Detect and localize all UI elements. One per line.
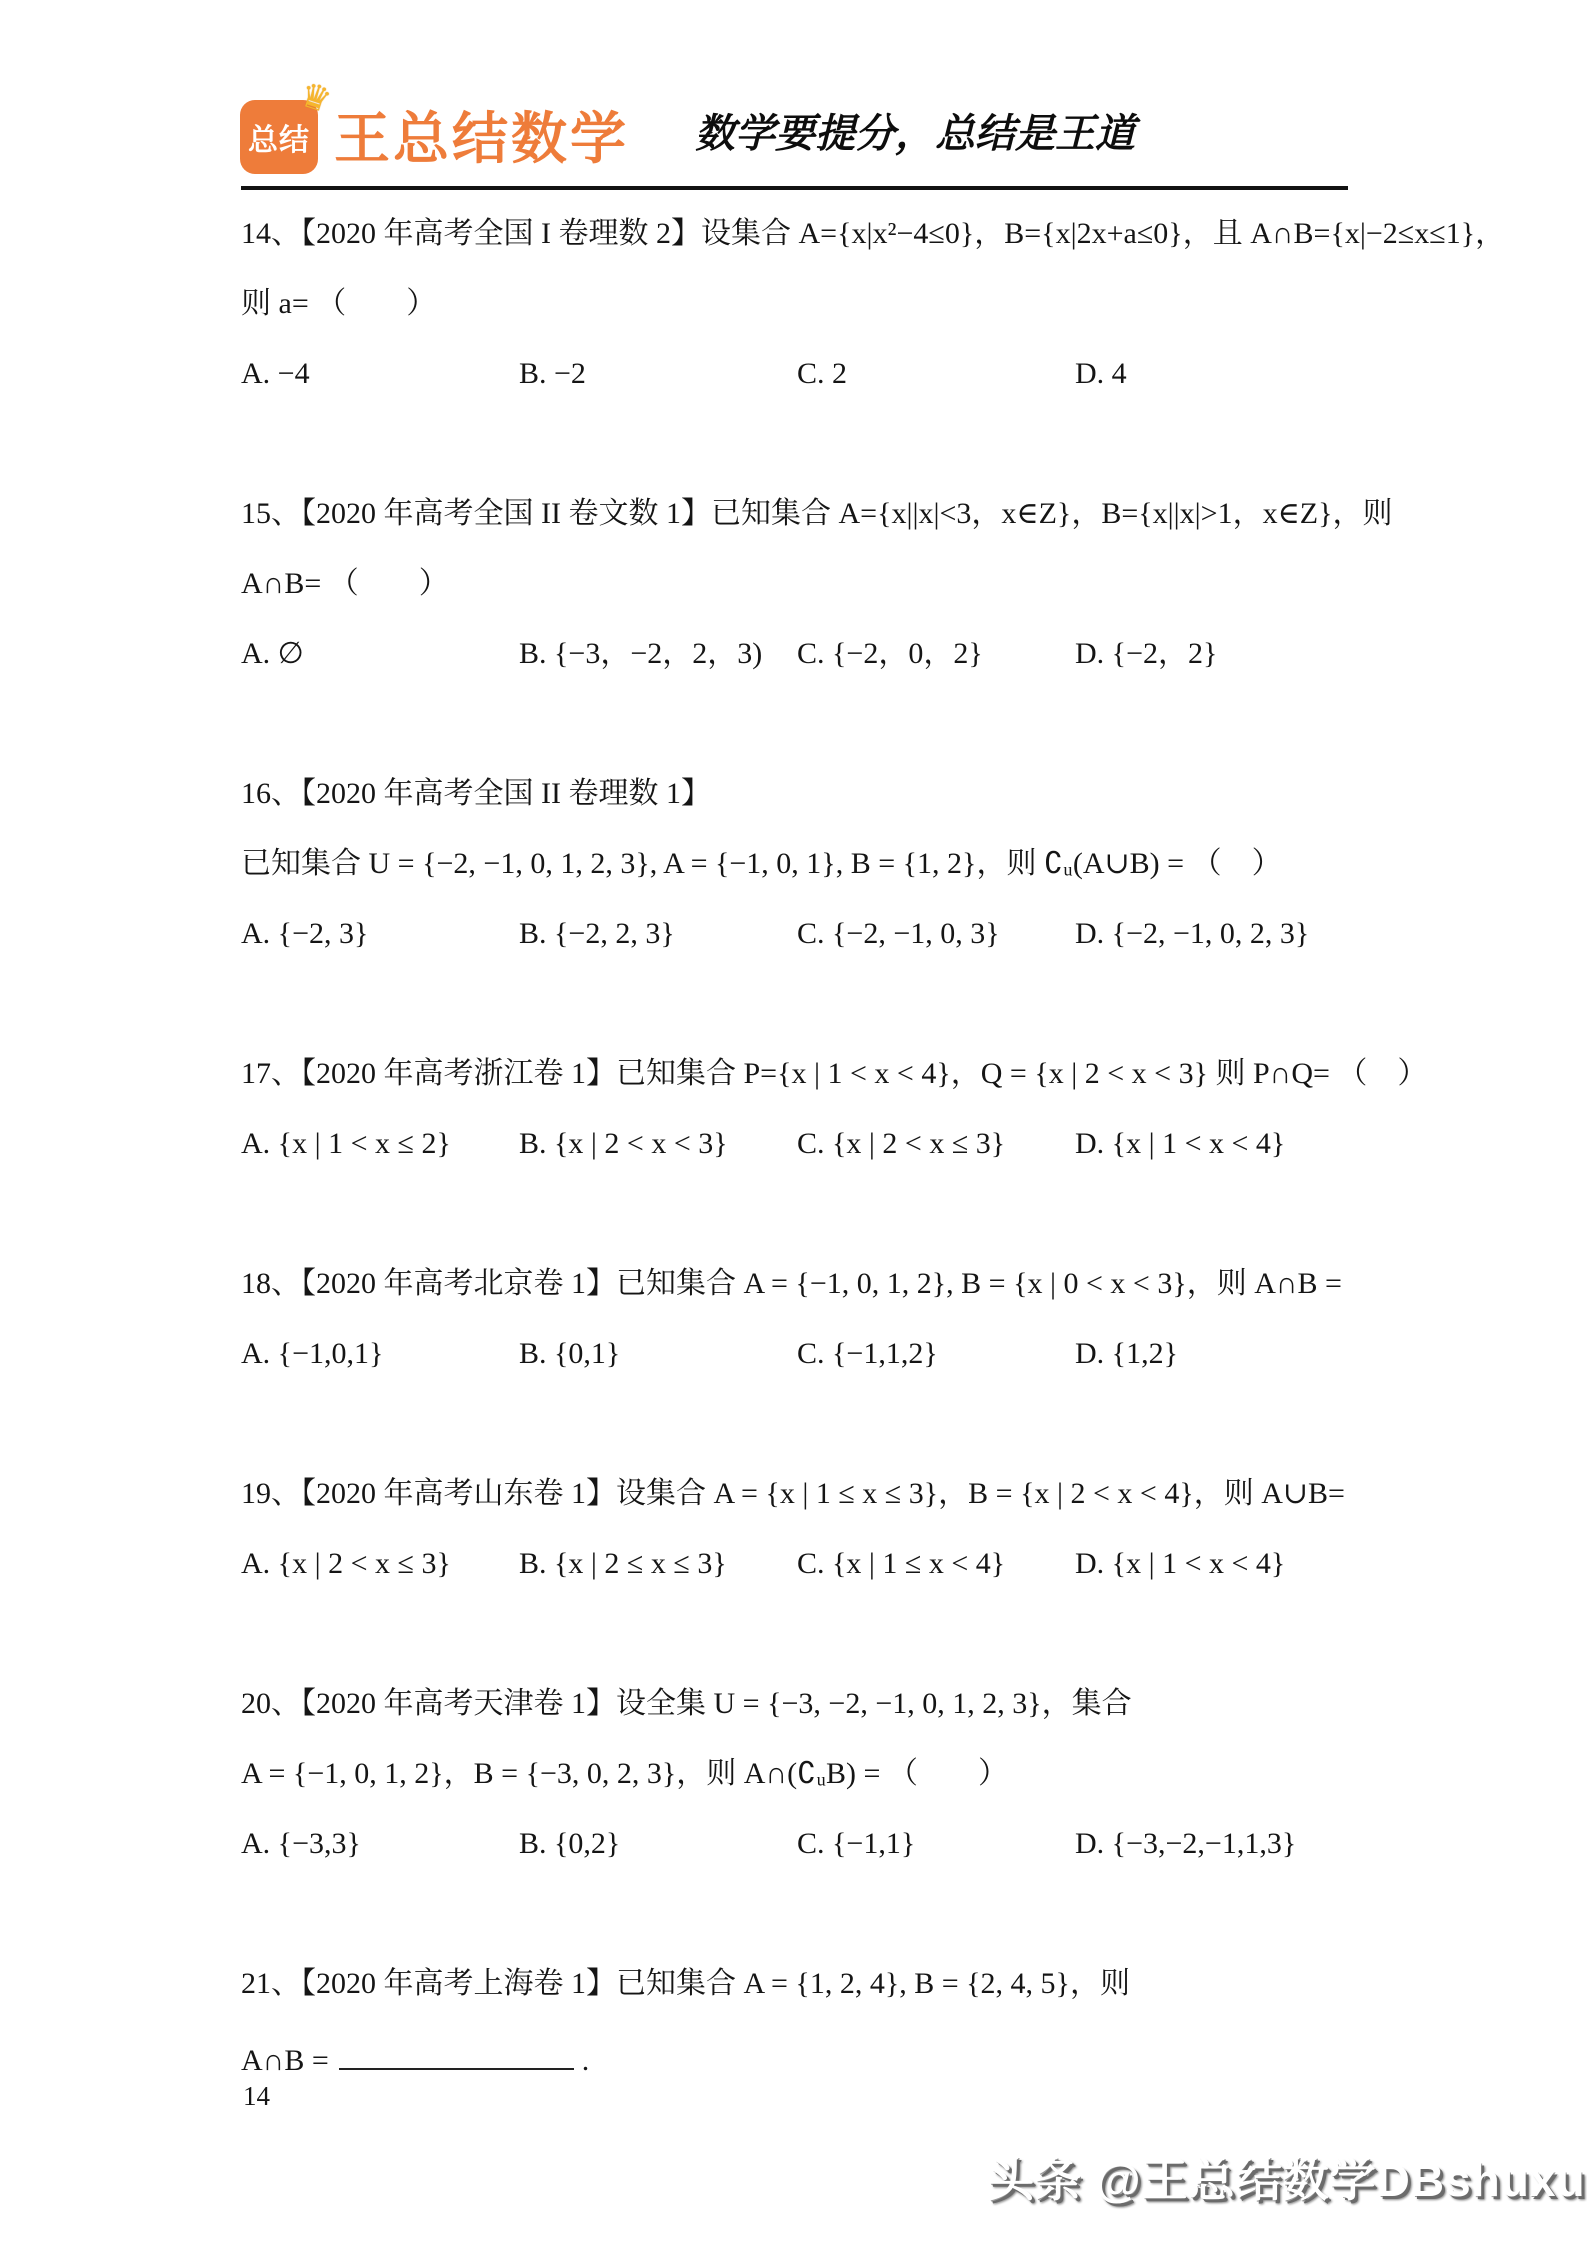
crown-icon: ♛ xyxy=(295,78,334,120)
option-a: A. ∅ xyxy=(241,634,519,674)
option-a: A. {x | 1 < x ≤ 2} xyxy=(241,1124,519,1164)
question-14: 14、【2020 年高考全国 I 卷理数 2】设集合 A={x|x²−4≤0}，… xyxy=(241,214,1353,394)
question-17: 17、【2020 年高考浙江卷 1】已知集合 P={x | 1 < x < 4}… xyxy=(241,1054,1353,1164)
question-15-line-1: 15、【2020 年高考全国 II 卷文数 1】已知集合 A={x||x|<3，… xyxy=(241,494,1353,534)
question-15-options: A. ∅ B. {−3，−2，2，3) C. {−2，0，2} D. {−2，2… xyxy=(241,634,1353,674)
answer-blank xyxy=(339,2034,574,2070)
option-d: D. {−2，2} xyxy=(1075,634,1353,674)
question-18: 18、【2020 年高考北京卷 1】已知集合 A = {−1, 0, 1, 2}… xyxy=(241,1264,1353,1374)
option-a: A. {x | 2 < x ≤ 3} xyxy=(241,1544,519,1584)
question-20-options: A. {−3,3} B. {0,2} C. {−1,1} D. {−3,−2,−… xyxy=(241,1824,1353,1864)
option-c: C. {−2，0，2} xyxy=(797,634,1075,674)
brand-slogan: 数学要提分，总结是王道 xyxy=(695,108,1135,160)
option-b: B. {−2, 2, 3} xyxy=(519,914,797,954)
option-b: B. {x | 2 < x < 3} xyxy=(519,1124,797,1164)
option-b: B. −2 xyxy=(519,354,797,394)
document-page: ♛ 总结 王总结数学 数学要提分，总结是王道 14、【2020 年高考全国 I … xyxy=(0,0,1587,2245)
question-15: 15、【2020 年高考全国 II 卷文数 1】已知集合 A={x||x|<3，… xyxy=(241,494,1353,674)
option-a: A. {−2, 3} xyxy=(241,914,519,954)
option-d: D. {−2, −1, 0, 2, 3} xyxy=(1075,914,1353,954)
answer-period: . xyxy=(582,2044,590,2077)
option-d: D. {1,2} xyxy=(1075,1334,1353,1374)
option-c: C. {−2, −1, 0, 3} xyxy=(797,914,1075,954)
option-a: A. {−1,0,1} xyxy=(241,1334,519,1374)
watermark: 头条 @王总结数学DBshuxue xyxy=(988,2150,1587,2210)
option-a: A. −4 xyxy=(241,354,519,394)
option-c: C. {x | 2 < x ≤ 3} xyxy=(797,1124,1075,1164)
question-18-line-1: 18、【2020 年高考北京卷 1】已知集合 A = {−1, 0, 1, 2}… xyxy=(241,1264,1353,1304)
option-c: C. {−1,1} xyxy=(797,1824,1075,1864)
question-20: 20、【2020 年高考天津卷 1】设全集 U = {−3, −2, −1, 0… xyxy=(241,1684,1353,1864)
question-16-options: A. {−2, 3} B. {−2, 2, 3} C. {−2, −1, 0, … xyxy=(241,914,1353,954)
question-14-line-2: 则 a= （ ） xyxy=(241,284,1353,324)
question-16-line-2: 已知集合 U = {−2, −1, 0, 1, 2, 3}, A = {−1, … xyxy=(241,844,1353,884)
option-d: D. {x | 1 < x < 4} xyxy=(1075,1124,1353,1164)
question-21: 21、【2020 年高考上海卷 1】已知集合 A = {1, 2, 4}, B … xyxy=(241,1964,1353,2081)
answer-prefix: A∩B = xyxy=(241,2044,329,2077)
question-16: 16、【2020 年高考全国 II 卷理数 1】 已知集合 U = {−2, −… xyxy=(241,774,1353,954)
question-21-answer-line: A∩B =. xyxy=(241,2034,1353,2081)
option-a: A. {−3,3} xyxy=(241,1824,519,1864)
option-d: D. {x | 1 < x < 4} xyxy=(1075,1544,1353,1584)
question-17-options: A. {x | 1 < x ≤ 2} B. {x | 2 < x < 3} C.… xyxy=(241,1124,1353,1164)
brand-badge: ♛ 总结 xyxy=(240,100,318,174)
option-c: C. 2 xyxy=(797,354,1075,394)
header-divider xyxy=(241,186,1348,190)
questions-area: 14、【2020 年高考全国 I 卷理数 2】设集合 A={x|x²−4≤0}，… xyxy=(241,214,1353,2181)
question-15-line-2: A∩B= （ ） xyxy=(241,564,1353,604)
question-21-line-1: 21、【2020 年高考上海卷 1】已知集合 A = {1, 2, 4}, B … xyxy=(241,1964,1353,2004)
question-14-options: A. −4 B. −2 C. 2 D. 4 xyxy=(241,354,1353,394)
option-c: C. {−1,1,2} xyxy=(797,1334,1075,1374)
question-20-line-1: 20、【2020 年高考天津卷 1】设全集 U = {−3, −2, −1, 0… xyxy=(241,1684,1353,1724)
option-d: D. {−3,−2,−1,1,3} xyxy=(1075,1824,1353,1864)
question-14-line-1: 14、【2020 年高考全国 I 卷理数 2】设集合 A={x|x²−4≤0}，… xyxy=(241,214,1353,254)
brand-badge-text: 总结 xyxy=(248,115,310,159)
option-b: B. {−3，−2，2，3) xyxy=(519,634,797,674)
question-19-line-1: 19、【2020 年高考山东卷 1】设集合 A = {x | 1 ≤ x ≤ 3… xyxy=(241,1474,1353,1514)
question-18-options: A. {−1,0,1} B. {0,1} C. {−1,1,2} D. {1,2… xyxy=(241,1334,1353,1374)
option-b: B. {0,2} xyxy=(519,1824,797,1864)
option-b: B. {x | 2 ≤ x ≤ 3} xyxy=(519,1544,797,1584)
question-19-options: A. {x | 2 < x ≤ 3} B. {x | 2 ≤ x ≤ 3} C.… xyxy=(241,1544,1353,1584)
option-c: C. {x | 1 ≤ x < 4} xyxy=(797,1544,1075,1584)
question-17-line-1: 17、【2020 年高考浙江卷 1】已知集合 P={x | 1 < x < 4}… xyxy=(241,1054,1353,1094)
question-19: 19、【2020 年高考山东卷 1】设集合 A = {x | 1 ≤ x ≤ 3… xyxy=(241,1474,1353,1584)
option-b: B. {0,1} xyxy=(519,1334,797,1374)
question-20-line-2: A = {−1, 0, 1, 2}，B = {−3, 0, 2, 3}，则 A∩… xyxy=(241,1754,1353,1794)
option-d: D. 4 xyxy=(1075,354,1353,394)
question-16-line-1: 16、【2020 年高考全国 II 卷理数 1】 xyxy=(241,774,1353,814)
brand-name: 王总结数学 xyxy=(334,102,629,176)
page-number: 14 xyxy=(243,2080,270,2112)
